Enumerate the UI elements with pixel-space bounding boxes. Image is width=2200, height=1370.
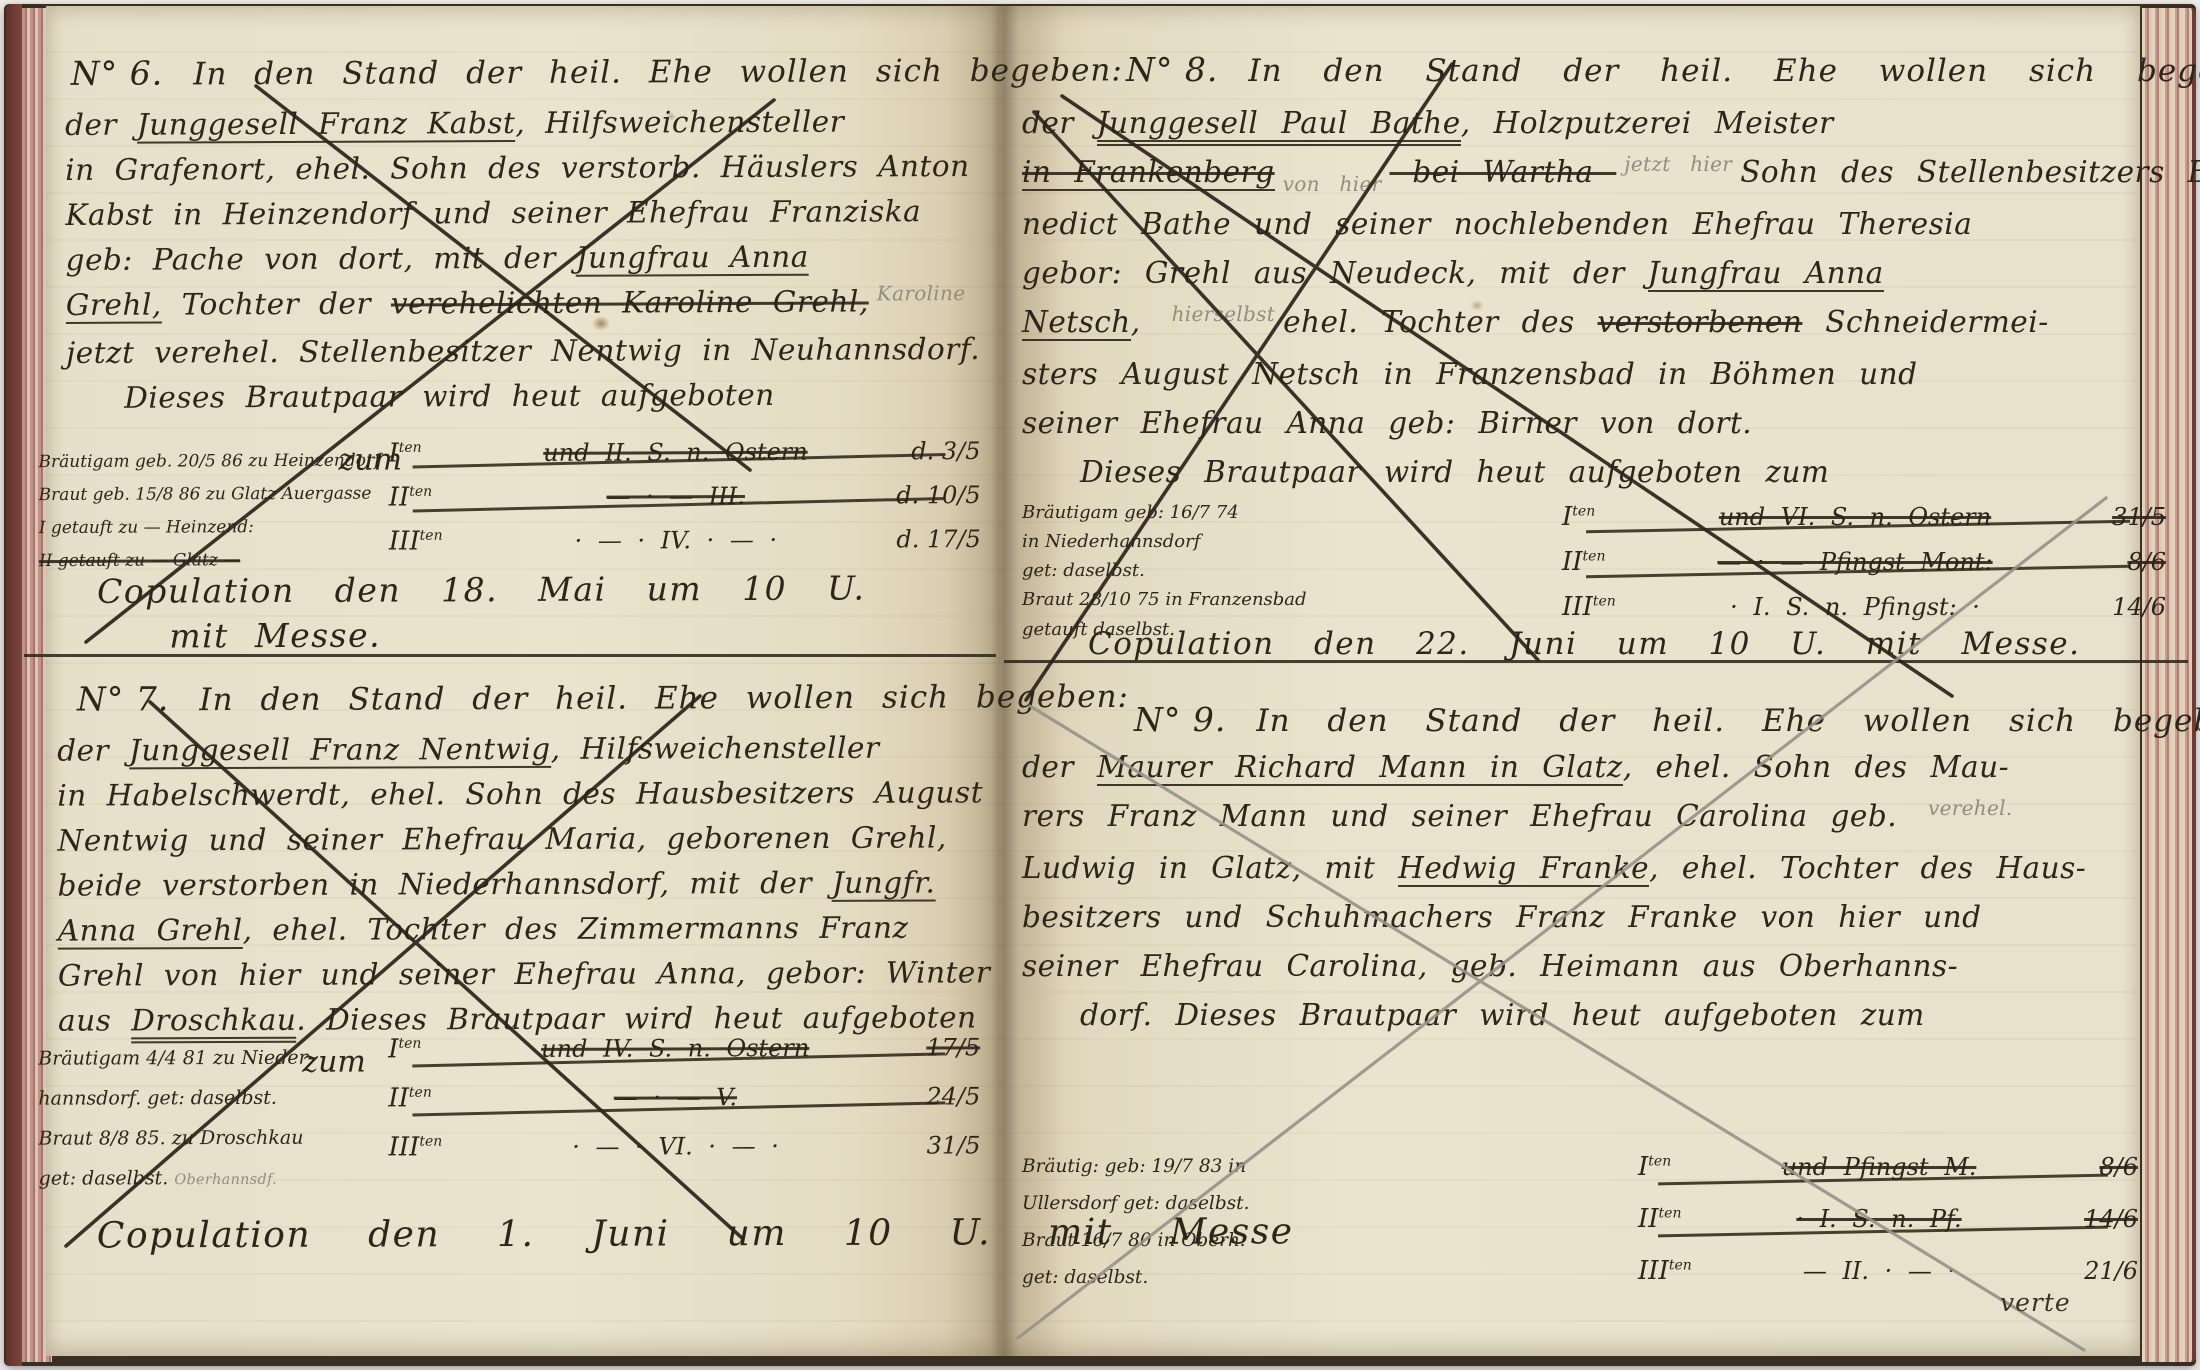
banns-ordinal-suffix: ten	[419, 1134, 442, 1150]
banns-ordinal-roman: III	[388, 1132, 419, 1162]
banns-ordinal-suffix: ten	[1659, 1205, 1682, 1221]
banns-table: Itenund II. S. n. Osternd. 3/5IIten— · —…	[388, 436, 981, 571]
handwriting-segment: bei Wartha	[1390, 155, 1617, 189]
verte-note: verte	[2000, 1288, 2071, 1317]
copulation-note: Copulation den 22. Juni um 10 U. mit Mes…	[1088, 626, 2080, 662]
handwriting-segment: Grehl,	[66, 288, 162, 324]
banns-ordinal: IIIten	[1638, 1256, 1724, 1286]
banns-ordinal-suffix: ten	[420, 528, 443, 544]
banns-ordinal: IIten	[1562, 547, 1648, 577]
entry-number: N° 9.	[1134, 700, 1226, 739]
margin-note-line: Ullersdorf get: daselbst.	[1022, 1185, 1249, 1222]
handwriting-segment: verstorbenen	[1598, 305, 1803, 339]
handwriting-segment: seiner Ehefrau Anna geb: Birner von dort…	[1022, 406, 1752, 440]
banns-row: IIten— · — Pfingst Mont:8/6	[1562, 547, 2166, 592]
margin-note-segment: get: daselbst.	[1022, 1267, 1148, 1288]
entry-body-line: nedict Bathe und seiner nochlebenden Ehe…	[1022, 200, 2182, 249]
banns-ordinal-roman: III	[1638, 1256, 1669, 1286]
banns-sunday-label: · I. S. n. Pf.	[1724, 1205, 2034, 1233]
handwriting-segment: jetzt verehel. Stellenbesitzer Nentwig i…	[66, 332, 980, 370]
banns-table: Itenund VI. S. n. Ostern31/5IIten— · — P…	[1562, 502, 2166, 637]
entry-body-line: dorf. Dieses Brautpaar wird heut aufgebo…	[1022, 991, 2182, 1040]
margin-note-line: Braut 28/10 75 in Franzensbad	[1022, 585, 1307, 614]
book-cover-left	[6, 4, 22, 1366]
handwriting-segment: verehelichten Karoline Grehl,	[391, 284, 869, 320]
banns-sunday-label: und IV. S. n. Ostern	[474, 1034, 876, 1063]
banns-sunday-label: und VI. S. n. Ostern	[1648, 503, 2062, 531]
margin-note-segment: get: daselbst.	[39, 1167, 175, 1189]
banns-ordinal: IIten	[1638, 1204, 1724, 1234]
handwriting-segment: seiner Ehefrau Carolina, geb. Heimann au…	[1022, 949, 1958, 983]
banns-ordinal-suffix: ten	[1583, 548, 1606, 564]
margin-note-line: get: daselbst.	[1022, 556, 1307, 585]
margin-note-line: Bräutigam geb: 16/7 74	[1022, 498, 1307, 527]
banns-ordinal: IIIten	[1562, 592, 1648, 622]
handwriting-segment: Jungfrau Anna	[1648, 256, 1884, 292]
entry-body-line: Grehl, Tochter der verehelichten Karolin…	[66, 279, 988, 331]
banns-ordinal: Iten	[1638, 1152, 1724, 1182]
banns-sunday-label: — · — Pfingst Mont:	[1648, 548, 2062, 576]
handwriting-segment: Junggesell Franz Kabst	[137, 106, 516, 144]
handwriting-segment: Jungfr.	[832, 866, 936, 902]
handwriting-segment: der	[1022, 106, 1097, 140]
margin-note-segment: in Niederhannsdorf	[1022, 531, 1200, 552]
entry-body-line: Grehl von hier und seiner Ehefrau Anna, …	[58, 950, 988, 998]
entry-intro: In den Stand der heil. Ehe wollen sich b…	[193, 52, 1123, 92]
handwriting-segment: , ehel. Tochter des Zimmermanns Franz	[243, 911, 909, 947]
entry-body-line: der Junggesell Paul Bathe, Holzputzerei …	[1022, 99, 2182, 148]
banns-date: 8/6	[2034, 1153, 2138, 1181]
entry-no9: N° 9.In den Stand der heil. Ehe wollen s…	[1022, 692, 2182, 1360]
banns-ordinal-suffix: ten	[1669, 1257, 1692, 1273]
entry-header: N° 7.In den Stand der heil. Ehe wollen s…	[77, 676, 987, 718]
pencil-annotation: Oberhannsdf.	[174, 1171, 277, 1187]
entry-body-line: der Junggesell Franz Kabst, Hilfsweichen…	[65, 99, 987, 148]
banns-ordinal-roman: I	[1638, 1152, 1648, 1182]
banns-date: 21/6	[2034, 1257, 2138, 1285]
entry-body-line: Dieses Brautpaar wird heut aufgeboten zu…	[1022, 448, 2182, 497]
handwriting-segment: sters August Netsch in Franzensbad in Bö…	[1022, 357, 1918, 391]
handwriting-segment: , Hilfsweichensteller	[515, 105, 844, 140]
banns-ordinal: Iten	[388, 1034, 474, 1064]
handwriting-segment: , ehel. Sohn des Mau-	[1623, 750, 2009, 784]
entry-body: der Junggesell Paul Bathe, Holzputzerei …	[1022, 99, 2182, 497]
handwriting-segment: Junggesell Franz Nentwig	[129, 732, 551, 769]
handwriting-segment: in Frankenberg	[1022, 155, 1275, 191]
banns-row: IIIten· — · IV. · — ·d. 17/5	[389, 524, 981, 571]
entry-number: N° 6.	[71, 54, 164, 93]
banns-sunday-label: und Pfingst M.	[1724, 1153, 2034, 1181]
banns-sunday-label: und II. S. n. Ostern	[474, 437, 876, 467]
entry-body-line: Nentwig und seiner Ehefrau Maria, gebore…	[57, 815, 987, 863]
banns-ordinal-roman: II	[388, 1083, 409, 1113]
entry-header: N° 9.In den Stand der heil. Ehe wollen s…	[1134, 700, 2182, 739]
handwriting-segment: Jungfrau Anna	[576, 240, 809, 277]
handwriting-segment: Tochter der	[162, 287, 391, 322]
banns-ordinal: Iten	[1562, 502, 1648, 532]
banns-ordinal: IIten	[389, 482, 475, 512]
handwriting-segment: rers Franz Mann und seiner Ehefrau Carol…	[1022, 799, 1920, 833]
entry-intro: In den Stand der heil. Ehe wollen sich b…	[1256, 703, 2200, 739]
banns-ordinal-roman: I	[388, 438, 398, 468]
banns-ordinal-suffix: ten	[409, 484, 432, 500]
margin-notes: Bräutig: geb: 19/7 83 inUllersdorf get: …	[1022, 1148, 1249, 1296]
banns-date: 8/6	[2062, 548, 2166, 576]
banns-date: 17/5	[876, 1033, 980, 1061]
pencil-annotation: verehel.	[1928, 796, 2013, 820]
entry-no6: N° 6.In den Stand der heil. Ehe wollen s…	[37, 24, 990, 660]
entry-no7: N° 7.In den Stand der heil. Ehe wollen s…	[37, 662, 989, 1315]
banns-ordinal-suffix: ten	[1572, 503, 1595, 519]
margin-notes: Bräutigam geb. 20/5 86 zu HeinzendorfBra…	[38, 445, 380, 579]
margin-note-segment: Ullersdorf get: daselbst.	[1022, 1193, 1249, 1214]
banns-ordinal-suffix: ten	[409, 1085, 432, 1101]
banns-ordinal-suffix: ten	[1648, 1153, 1671, 1169]
entry-number: N° 8.	[1126, 50, 1218, 89]
banns-row: IIten· I. S. n. Pf.14/6	[1638, 1204, 2138, 1256]
handwriting-segment: , ehel. Tochter des Haus-	[1649, 851, 2086, 885]
handwriting-segment: aus	[58, 1003, 131, 1037]
entry-intro: In den Stand der heil. Ehe wollen sich b…	[199, 679, 1129, 718]
margin-note-segment: I getauft zu — Heinzend:	[39, 517, 254, 538]
handwriting-segment: Anna Grehl	[58, 913, 243, 950]
banns-row: Itenund IV. S. n. Ostern17/5	[388, 1032, 980, 1083]
entry-body-line: besitzers und Schuhmachers Franz Franke …	[1022, 893, 2182, 942]
margin-note-segment: Bräutigam 4/4 81 zu Nieder-	[38, 1047, 314, 1070]
banns-sunday-label: · — · IV. · — ·	[475, 525, 877, 555]
margin-note-line: Braut 8/8 85. zu Droschkau	[38, 1118, 314, 1159]
margin-note-line: Bräutig: geb: 19/7 83 in	[1022, 1148, 1249, 1185]
entry-body-line: geb: Pache von dort, mit der Jungfrau An…	[66, 234, 988, 283]
margin-note-line: Bräutigam geb. 20/5 86 zu Heinzendorf	[38, 445, 380, 480]
entry-body-line: sters August Netsch in Franzensbad in Bö…	[1022, 350, 2182, 399]
margin-note-segment: Bräutigam geb: 16/7 74	[1022, 502, 1239, 523]
margin-note-segment: II getauft zu — Glatz —	[39, 551, 240, 572]
banns-date: 31/5	[2062, 503, 2166, 531]
handwriting-segment: geb: Pache von dort, mit der	[66, 241, 576, 277]
entry-body-line: in Frankenbergvon hier bei Wartha jetzt …	[1022, 148, 2182, 200]
pencil-annotation: jetzt hier	[1624, 152, 1732, 176]
copulation-note: Copulation den 18. Mai um 10 U.mit Messe…	[97, 568, 866, 655]
banns-ordinal-roman: II	[1638, 1204, 1659, 1234]
banns-row: IIIten· — · VI. · — ·31/5	[388, 1130, 980, 1181]
entry-body-line: Dieses Brautpaar wird heut aufgeboten	[66, 372, 988, 421]
banns-ordinal: Iten	[388, 438, 474, 468]
banns-ordinal-roman: III	[1562, 592, 1593, 622]
entry-body: der Maurer Richard Mann in Glatz, ehel. …	[1022, 743, 2182, 1040]
margin-note-segment: get: daselbst.	[1022, 560, 1145, 581]
margin-note-segment: Bräutigam geb. 20/5 86 zu Heinzendorf	[38, 451, 380, 472]
handwriting-segment: Ludwig in Glatz, mit	[1022, 851, 1398, 885]
margin-note-line: hannsdorf. get: daselbst.	[38, 1079, 314, 1120]
handwriting-segment: in Habelschwerdt, ehel. Sohn des Hausbes…	[57, 775, 983, 812]
entry-body-line: in Grafenort, ehel. Sohn des verstorb. H…	[65, 144, 987, 193]
entry-body-line: Anna Grehl, ehel. Tochter des Zimmermann…	[58, 905, 988, 953]
margin-note-line: Braut 16/7 80 in Oberh:	[1022, 1222, 1249, 1259]
banns-table: Itenund IV. S. n. Ostern17/5IIten— · — V…	[388, 1032, 981, 1181]
banns-ordinal-suffix: ten	[1593, 593, 1616, 609]
banns-date: 24/5	[876, 1082, 980, 1110]
banns-date: 14/6	[2062, 593, 2166, 621]
banns-date: 31/5	[877, 1131, 981, 1159]
banns-date: d. 17/5	[877, 525, 981, 553]
entry-body-line: gebor: Grehl aus Neudeck, mit der Jungfr…	[1022, 249, 2182, 298]
entry-body-line: seiner Ehefrau Anna geb: Birner von dort…	[1022, 399, 2182, 448]
banns-ordinal: IIIten	[388, 1132, 474, 1162]
banns-date: 14/6	[2034, 1205, 2138, 1233]
handwriting-segment: gebor: Grehl aus Neudeck, mit der	[1022, 256, 1648, 290]
handwriting-segment: Sohn des Stellenbesitzers Be-	[1740, 155, 2200, 189]
pencil-annotation: hierselbst	[1172, 302, 1276, 326]
handwriting-segment: beide verstorben in Niederhannsdorf, mit…	[58, 866, 832, 903]
banns-sunday-label: — · — V.	[474, 1083, 876, 1112]
entry-body-line: Netsch, hierselbstehel. Tochter des vers…	[1022, 298, 2182, 350]
handwriting-segment: der	[65, 108, 137, 142]
scanned-register-photo: N° 6.In den Stand der heil. Ehe wollen s…	[0, 0, 2200, 1370]
banns-ordinal-roman: III	[389, 526, 420, 556]
margin-note-line: I getauft zu — Heinzend:	[39, 511, 381, 546]
margin-note-line: get: daselbst. Oberhannsdf.	[39, 1158, 315, 1199]
entry-body-line: seiner Ehefrau Carolina, geb. Heimann au…	[1022, 942, 2182, 991]
entry-body-line: der Maurer Richard Mann in Glatz, ehel. …	[1022, 743, 2182, 792]
copulation-line: Copulation den 22. Juni um 10 U. mit Mes…	[1088, 626, 2080, 662]
banns-ordinal-roman: I	[1562, 502, 1572, 532]
entry-body-line: rers Franz Mann und seiner Ehefrau Carol…	[1022, 792, 2182, 844]
pencil-annotation: Karoline	[877, 281, 966, 305]
handwriting-segment: ,	[1131, 305, 1164, 339]
banns-sunday-label: · — · VI. · — ·	[475, 1132, 877, 1161]
banns-row: Itenund II. S. n. Osternd. 3/5	[388, 436, 980, 483]
banns-sunday-label: · I. S. n. Pfingst: ·	[1648, 593, 2062, 621]
handwriting-segment: besitzers und Schuhmachers Franz Franke …	[1022, 900, 1982, 934]
handwriting-segment: , Hilfsweichensteller	[551, 731, 880, 766]
handwriting-segment: . Dieses Brautpaar wird heut aufgeboten	[296, 1000, 976, 1036]
entry-no8: N° 8.In den Stand der heil. Ehe wollen s…	[1022, 30, 2182, 662]
handwriting-segment: Grehl von hier und seiner Ehefrau Anna, …	[58, 955, 991, 992]
entry-intro: In den Stand der heil. Ehe wollen sich b…	[1248, 53, 2200, 89]
margin-notes: Bräutigam geb: 16/7 74in Niederhannsdorf…	[1022, 498, 1307, 644]
handwriting-segment: Kabst in Heinzendorf und seiner Ehefrau …	[65, 194, 921, 232]
entry-body-line: in Habelschwerdt, ehel. Sohn des Hausbes…	[57, 770, 987, 818]
margin-note-segment: Braut 28/10 75 in Franzensbad	[1022, 589, 1307, 610]
banns-ordinal-roman: I	[388, 1034, 398, 1064]
banns-ordinal: IIten	[388, 1083, 474, 1113]
handwriting-segment: Maurer Richard Mann in Glatz	[1097, 750, 1623, 786]
handwriting-segment: Dieses Brautpaar wird heut aufgeboten zu…	[1080, 455, 1829, 489]
margin-note-segment: Bräutig: geb: 19/7 83 in	[1022, 1156, 1246, 1177]
handwriting-segment: , Holzputzerei Meister	[1461, 106, 1834, 140]
banns-row: Itenund Pfingst M.8/6	[1638, 1152, 2138, 1204]
entry-body-line: jetzt verehel. Stellenbesitzer Nentwig i…	[66, 327, 988, 376]
entry-body-line: Ludwig in Glatz, mit Hedwig Franke, ehel…	[1022, 844, 2182, 893]
pencil-annotation: von hier	[1283, 172, 1382, 196]
banns-ordinal-suffix: ten	[399, 440, 422, 456]
handwriting-segment: dorf. Dieses Brautpaar wird heut aufgebo…	[1080, 998, 1925, 1032]
entry-body-line: der Junggesell Franz Nentwig, Hilfsweich…	[57, 725, 987, 773]
handwriting-segment: Dieses Brautpaar wird heut aufgeboten	[124, 378, 775, 415]
banns-table: Itenund Pfingst M.8/6IIten· I. S. n. Pf.…	[1638, 1152, 2138, 1308]
margin-note-line: get: daselbst.	[1022, 1259, 1249, 1296]
banns-ordinal-roman: II	[1562, 547, 1583, 577]
banns-ordinal: IIIten	[389, 526, 475, 556]
handwriting-segment: Nentwig und seiner Ehefrau Maria, gebore…	[57, 820, 946, 857]
handwriting-segment: Netsch	[1022, 305, 1131, 341]
entry-header: N° 8.In den Stand der heil. Ehe wollen s…	[1126, 50, 2182, 89]
handwriting-segment: nedict Bathe und seiner nochlebenden Ehe…	[1022, 207, 1972, 241]
handwriting-segment: Schneidermei-	[1802, 305, 2048, 339]
margin-note-segment: Braut geb. 15/8 86 zu Glatz Auergasse	[39, 484, 372, 505]
entry-header: N° 6.In den Stand der heil. Ehe wollen s…	[71, 50, 987, 93]
entry-body: der Junggesell Franz Kabst, Hilfsweichen…	[65, 99, 988, 421]
margin-notes: Bräutigam 4/4 81 zu Nieder-hannsdorf. ge…	[38, 1039, 314, 1200]
handwriting-segment: Droschkau	[131, 1003, 296, 1044]
banns-row: Itenund VI. S. n. Ostern31/5	[1562, 502, 2166, 547]
banns-ordinal-roman: II	[389, 482, 410, 512]
handwriting-segment: der	[57, 733, 129, 767]
banns-date: d. 10/5	[877, 481, 981, 509]
margin-note-segment: Braut 8/8 85. zu Droschkau	[38, 1127, 303, 1150]
copulation-line: mit Messe.	[169, 613, 865, 655]
margin-note-segment: Braut 16/7 80 in Oberh:	[1022, 1230, 1246, 1251]
handwriting-segment: Hedwig Franke	[1398, 851, 1649, 887]
entry-body-line: beide verstorben in Niederhannsdorf, mit…	[58, 860, 988, 908]
handwriting-segment: Junggesell Paul Bathe	[1097, 106, 1461, 146]
banns-sunday-label: — II. · — ·	[1724, 1257, 2034, 1285]
entry-body-line: Kabst in Heinzendorf und seiner Ehefrau …	[65, 189, 987, 238]
banns-ordinal-suffix: ten	[398, 1036, 421, 1052]
margin-note-line: in Niederhannsdorf	[1022, 527, 1307, 556]
handwriting-segment: ehel. Tochter des	[1283, 305, 1597, 339]
banns-row: IIten— · — V.24/5	[388, 1081, 980, 1132]
margin-note-line: Braut geb. 15/8 86 zu Glatz Auergasse	[39, 478, 381, 513]
handwriting-segment: der	[1022, 750, 1097, 784]
margin-note-line: Bräutigam 4/4 81 zu Nieder-	[38, 1039, 314, 1080]
banns-sunday-label: — · — III.	[475, 481, 877, 511]
entry-body: der Junggesell Franz Nentwig, Hilfsweich…	[57, 725, 988, 1043]
banns-row: IIten— · — III.d. 10/5	[389, 480, 981, 527]
margin-note-segment: hannsdorf. get: daselbst.	[38, 1087, 277, 1110]
handwriting-segment: in Grafenort, ehel. Sohn des verstorb. H…	[65, 149, 969, 187]
copulation-line: Copulation den 18. Mai um 10 U.	[97, 568, 865, 610]
entry-number: N° 7.	[77, 679, 169, 718]
banns-date: d. 3/5	[876, 437, 980, 465]
